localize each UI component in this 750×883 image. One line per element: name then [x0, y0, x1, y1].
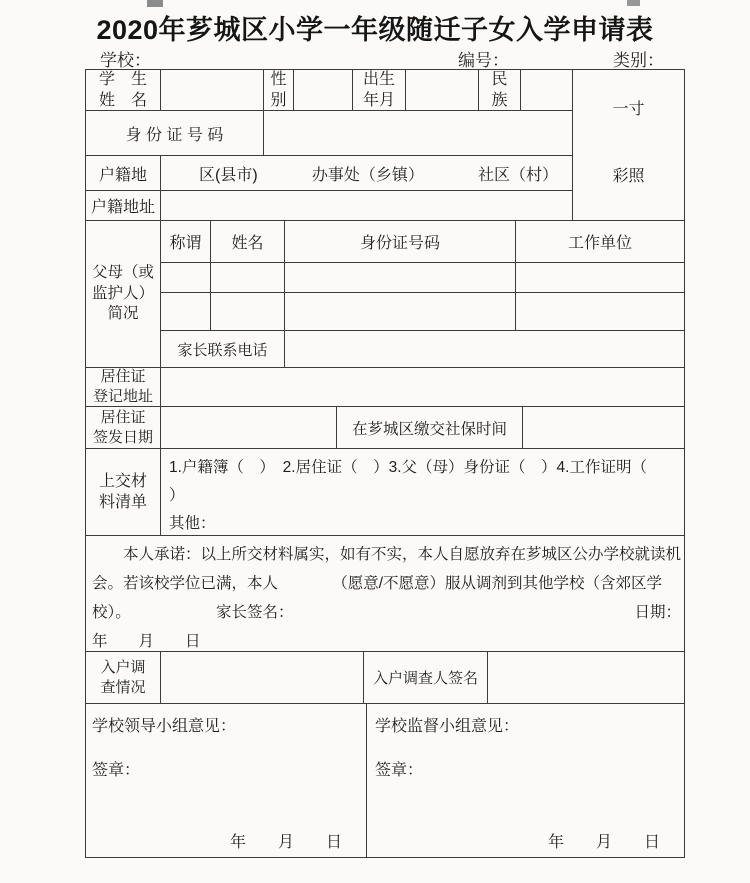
leader-seal-label: 签章： — [92, 757, 140, 780]
student-name-field — [161, 70, 264, 110]
hukou-district-label: 区(县市) — [199, 162, 258, 185]
social-security-label: 在芗城区缴交社保时间 — [337, 407, 523, 448]
guardian-employer-header: 工作单位 — [516, 221, 684, 262]
school-label: 学校： — [100, 46, 151, 71]
permit-address-label: 居住证 登记地址 — [86, 368, 161, 406]
hukou-office-label: 办事处（乡镇） — [312, 162, 424, 185]
id-field — [264, 111, 572, 155]
student-grid: 学 生 姓 名 性 别 出生 年月 民 族 身 份 证 号 码 户籍地 — [86, 70, 572, 220]
permit-address-row: 居住证 登记地址 — [86, 368, 684, 407]
application-form-page: 2020年芗城区小学一年级随迁子女入学申请表 学校： 编号： 类别： 学 生 姓… — [0, 0, 750, 883]
phone-field — [285, 331, 684, 367]
student-name-label: 学 生 姓 名 — [86, 70, 161, 110]
guardian1-employer-field — [516, 263, 684, 292]
supervision-seal-label: 签章： — [375, 757, 423, 780]
materials-section: 上交材 料清单 1.户籍簿（ ） 2.居住证（ ）3.父（母）身份证（ ）4.工… — [86, 449, 684, 536]
gender-label: 性 别 — [264, 70, 294, 110]
promise-paragraph: 本人承诺：以上所交材料属实，如有不实，本人自愿放弃在芗城区公办学校就读机 会。若… — [86, 536, 703, 651]
guardians-label: 父母（或 监护人） 简况 — [86, 221, 161, 367]
guardians-grid: 称谓 姓名 身份证号码 工作单位 家 — [161, 221, 684, 367]
promise-line-2: 会。若该校学位已满，本人 （愿意/不愿意）服从调剂到其他学校（含郊区学 — [92, 569, 681, 598]
social-security-field — [523, 407, 684, 448]
materials-label: 上交材 料清单 — [86, 449, 161, 535]
guardians-header-row: 称谓 姓名 身份证号码 工作单位 — [161, 221, 684, 263]
supervision-date-line: 年 月 日 — [548, 829, 660, 852]
permit-date-row: 居住证 签发日期 在芗城区缴交社保时间 — [86, 407, 684, 449]
guardian1-name-field — [211, 263, 285, 292]
scan-artifact-right — [627, 0, 640, 6]
survey-sign-field — [488, 652, 684, 703]
guardian-name-header: 姓名 — [211, 221, 285, 262]
materials-line-3: 其他： — [169, 510, 676, 538]
date-label: 日期： — [635, 598, 682, 627]
form-title: 2020年芗城区小学一年级随迁子女入学申请表 — [0, 8, 750, 47]
hukou-address-row: 户籍地址 — [86, 191, 572, 220]
guardian1-id-field — [285, 263, 516, 292]
guardian2-id-field — [285, 293, 516, 330]
promise-line-1: 本人承诺：以上所交材料属实，如有不实，本人自愿放弃在芗城区公办学校就读机 — [92, 540, 681, 569]
permit-date-field — [161, 407, 337, 448]
parent-signature-label: 校）。 家长签名： — [92, 598, 294, 627]
leader-opinion-title: 学校领导小组意见： — [92, 713, 236, 736]
gender-field — [294, 70, 353, 110]
guardian2-name-field — [211, 293, 285, 330]
leader-opinion-cell: 学校领导小组意见： 签章： 年 月 日 — [86, 704, 367, 857]
hukou-place-fields: 区(县市) 办事处（乡镇） 社区（村） — [161, 156, 572, 190]
guardian-row-2 — [161, 293, 684, 331]
permit-address-field — [161, 368, 684, 406]
promise-line-3: 校）。 家长签名： 日期： — [92, 598, 681, 627]
materials-content: 1.户籍簿（ ） 2.居住证（ ）3.父（母）身份证（ ）4.工作证明（ ） 其… — [161, 449, 684, 535]
hukou-place-label: 户籍地 — [86, 156, 161, 190]
id-row: 身 份 证 号 码 — [86, 111, 572, 156]
category-label: 类别： — [613, 46, 664, 71]
guardians-section: 父母（或 监护人） 简况 称谓 姓名 身份证号码 工作单位 — [86, 221, 684, 368]
phone-row: 家长联系电话 — [161, 331, 684, 367]
id-label: 身 份 证 号 码 — [86, 111, 264, 155]
hukou-community-label: 社区（村） — [478, 162, 558, 185]
code-label: 编号： — [458, 46, 509, 71]
guardian-row-1 — [161, 263, 684, 293]
survey-sign-label: 入户调查人签名 — [364, 652, 488, 703]
opinions-section: 学校领导小组意见： 签章： 年 月 日 学校监督小组意见： 签章： 年 月 日 — [86, 704, 684, 857]
hukou-address-label: 户籍地址 — [86, 191, 161, 220]
guardian1-title-field — [161, 263, 211, 292]
survey-row: 入户调 查情况 入户调查人签名 — [86, 652, 684, 704]
materials-line-1: 1.户籍簿（ ） 2.居住证（ ）3.父（母）身份证（ ）4.工作证明（ — [169, 454, 676, 482]
guardian-title-header: 称谓 — [161, 221, 211, 262]
leader-date-line: 年 月 日 — [230, 829, 342, 852]
guardian2-title-field — [161, 293, 211, 330]
scan-artifact-left — [147, 0, 163, 7]
supervision-opinion-cell: 学校监督小组意见： 签章： 年 月 日 — [367, 704, 684, 857]
student-section: 学 生 姓 名 性 别 出生 年月 民 族 身 份 证 号 码 户籍地 — [86, 70, 684, 221]
permit-date-label: 居住证 签发日期 — [86, 407, 161, 448]
photo-box: 一寸 彩照 — [572, 70, 684, 220]
birth-field — [406, 70, 479, 110]
photo-text-line2: 彩照 — [612, 163, 644, 186]
survey-label: 入户调 查情况 — [86, 652, 161, 703]
ethnic-field — [521, 70, 572, 110]
birth-label: 出生 年月 — [353, 70, 406, 110]
supervision-opinion-title: 学校监督小组意见： — [375, 713, 519, 736]
guardian2-employer-field — [516, 293, 684, 330]
photo-text-line1: 一寸 — [612, 96, 644, 119]
guardian-id-header: 身份证号码 — [285, 221, 516, 262]
promise-section: 本人承诺：以上所交材料属实，如有不实，本人自愿放弃在芗城区公办学校就读机 会。若… — [86, 536, 684, 652]
ethnic-label: 民 族 — [479, 70, 521, 110]
materials-line-2: ） — [169, 482, 676, 510]
application-table: 学 生 姓 名 性 别 出生 年月 民 族 身 份 证 号 码 户籍地 — [85, 69, 685, 858]
phone-label: 家长联系电话 — [161, 331, 285, 367]
student-row: 学 生 姓 名 性 别 出生 年月 民 族 — [86, 70, 572, 111]
hukou-address-field — [161, 191, 572, 220]
hukou-place-row: 户籍地 区(县市) 办事处（乡镇） 社区（村） — [86, 156, 572, 191]
survey-field — [161, 652, 364, 703]
